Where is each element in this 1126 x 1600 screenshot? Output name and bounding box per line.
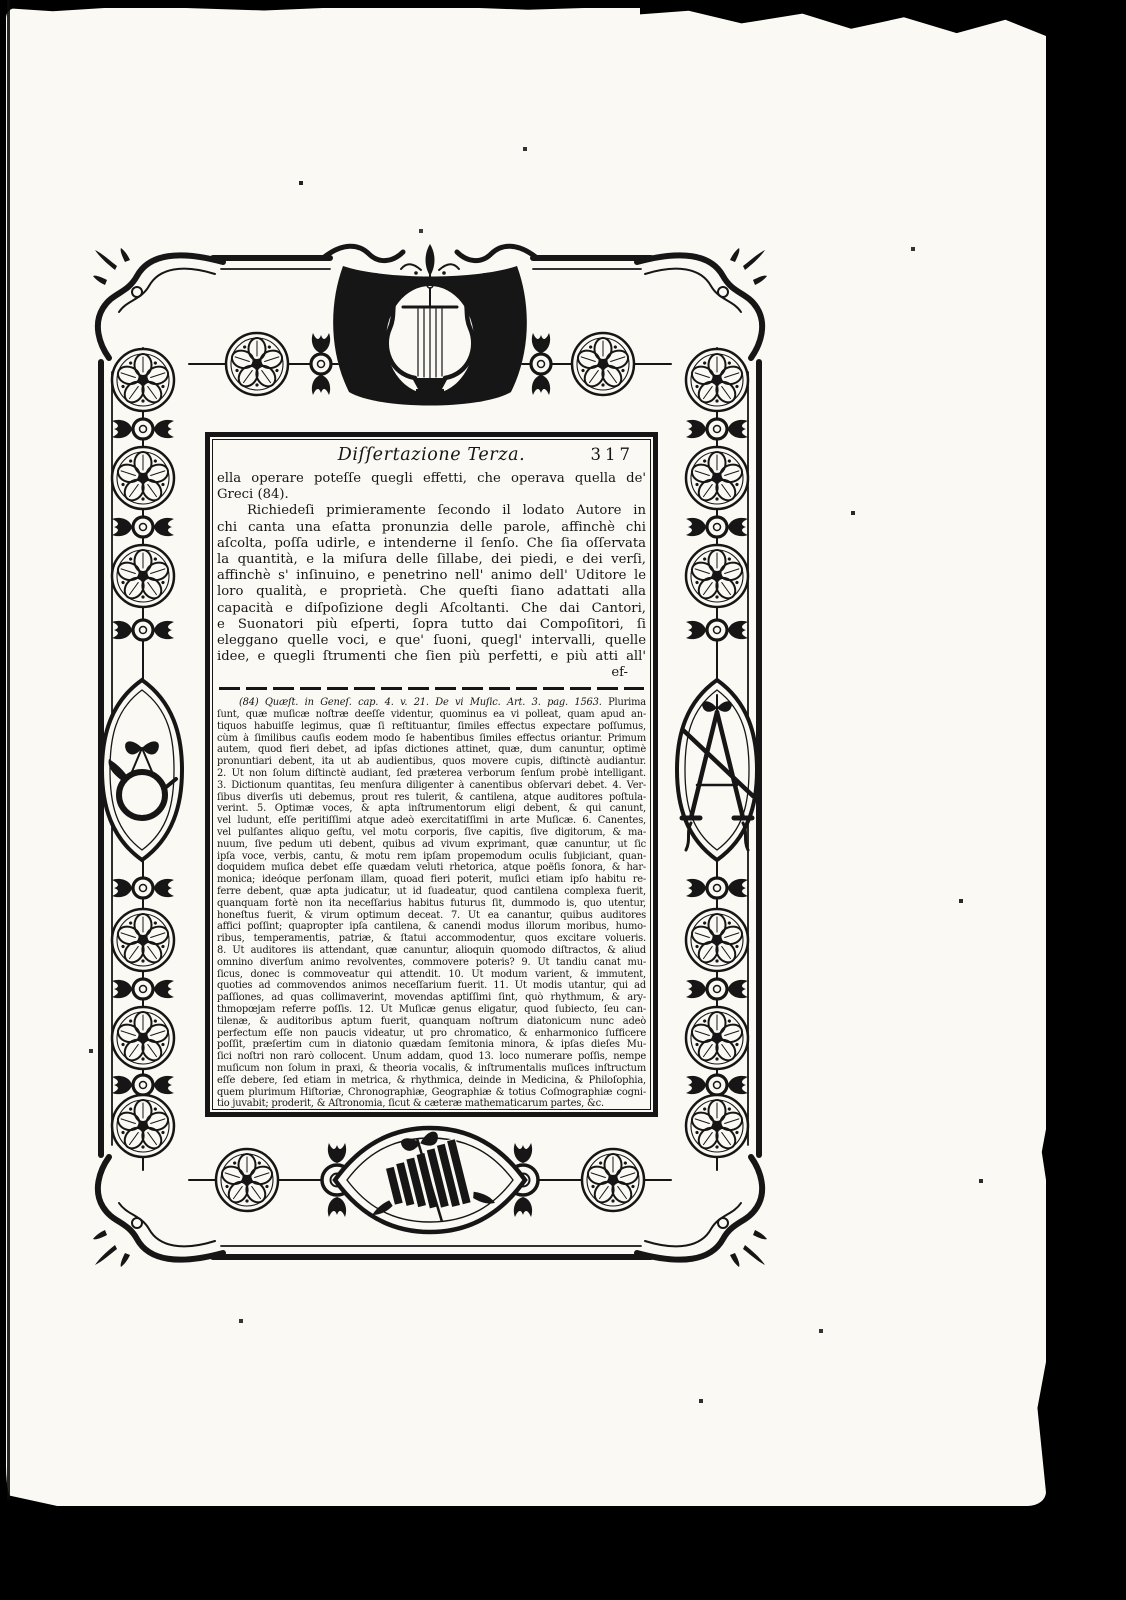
footnote-line: nuum, ſive pedum uti debent, quibus ad v… bbox=[217, 839, 646, 851]
footnote-line: ribus, temperamentis, patriæ, & ſtatui a… bbox=[217, 933, 646, 945]
ink-speckles bbox=[0, 0, 2, 2]
frame-corner-scroll bbox=[637, 248, 767, 358]
footnote-line: honeſtus fuerit, & virum optimum deceat.… bbox=[217, 910, 646, 922]
text-line: ella operare poteſſe quegli effetti, che… bbox=[217, 471, 646, 487]
compass-ruler-ornament bbox=[677, 680, 757, 860]
scanned-book-page: { "colors": { "ink": "#161616", "paper":… bbox=[0, 0, 1126, 1600]
footnote-line: tio juvabit; proderit, & Aſtronomia, ſic… bbox=[217, 1098, 646, 1110]
footnote-separator-rule bbox=[219, 687, 644, 690]
footnote-citation-tail: Plurima bbox=[608, 697, 646, 708]
catchword: ef- bbox=[217, 665, 646, 681]
footnote-line: vel pulſantes aliquo geſtu, vel motu cor… bbox=[217, 827, 646, 839]
footnote-line: ipſa voce, verbis, cantu, & motu rem ipſ… bbox=[217, 851, 646, 863]
footnote-first-line: (84) Quæſt. in Geneſ. cap. 4. v. 21. De … bbox=[217, 697, 646, 709]
rosette-medallion bbox=[582, 1149, 644, 1211]
text-line: Richiedeſi primieramente ſecondo il loda… bbox=[217, 503, 646, 519]
text-line: affinchè s' inſinuino, e penetrino nell'… bbox=[217, 568, 646, 584]
scan-fold-line bbox=[7, 0, 10, 1500]
body-text: ella operare poteſſe quegli effetti, che… bbox=[217, 471, 646, 665]
text-line: idee, e quegli ſtrumenti che ſien più pe… bbox=[217, 649, 646, 665]
footnote-citation: (84) Quæſt. in Geneſ. cap. 4. v. 21. De … bbox=[239, 697, 602, 708]
tulip-ringlet bbox=[531, 333, 551, 395]
text-line: Greci (84). bbox=[217, 487, 646, 503]
hunting-horn-ornament bbox=[102, 680, 182, 860]
text-panel: Diſſertazione Terza. 317 ella operare po… bbox=[205, 432, 658, 1117]
footnote-line: tiquos habuiſſe legimus, quæ ſi reſtitua… bbox=[217, 721, 646, 733]
footnote-line: thmopœjam referre poſſis. 12. Ut Muſicæ … bbox=[217, 1004, 646, 1016]
footnote-line: doquidem muſica debet eſſe quædam veluti… bbox=[217, 862, 646, 874]
footnote-line: vel ludunt, eſſe peritiſſimi atque adeò … bbox=[217, 815, 646, 827]
footnote-line: 8. Ut auditores iis attendant, quæ canun… bbox=[217, 945, 646, 957]
fleur-finial bbox=[401, 244, 459, 278]
page-title: Diſſertazione Terza. bbox=[338, 445, 526, 465]
footnote-line: poſſit, præſertim cum in diatonio quædam… bbox=[217, 1039, 646, 1051]
footnote-line: ſibus diverſis uti debemus, prout res tu… bbox=[217, 792, 646, 804]
footnote-line: verint. 5. Optimæ voces, & apta inſtrume… bbox=[217, 803, 646, 815]
text-line: aſcolta, poſſa udirle, e intenderne il ſ… bbox=[217, 536, 646, 552]
footnote-line: ſunt, quæ muſicæ noſtræ deeſſe videntur,… bbox=[217, 709, 646, 721]
footnote-line: ſicus, donec is commoveatur qui attendit… bbox=[217, 969, 646, 981]
lyre-sunburst-ornament bbox=[322, 240, 538, 444]
text-line: e Suonatori più eſperti, ſopra tutto dai… bbox=[217, 617, 646, 633]
text-line: la quantità, e la miſura delle ſillabe, … bbox=[217, 552, 646, 568]
footnote-text: (84) Quæſt. in Geneſ. cap. 4. v. 21. De … bbox=[217, 697, 646, 1110]
page-number: 317 bbox=[591, 442, 635, 468]
footnote-line: cùm à ſimilibus cauſis eodem modo ſe hab… bbox=[217, 733, 646, 745]
footnote-line: ferre debent, quæ apta judicatur, ut id … bbox=[217, 886, 646, 898]
footnote-line: quanquam fortè non ita neceſſarius habit… bbox=[217, 898, 646, 910]
footnote-line: pronuntiari debent, ita ut ab audientibu… bbox=[217, 756, 646, 768]
panpipes-ornament bbox=[335, 1121, 525, 1236]
text-panel-inner-border: Diſſertazione Terza. 317 ella operare po… bbox=[212, 439, 651, 1110]
rosette-medallion bbox=[572, 333, 634, 395]
footnote-line: eſſe debere, ſed etiam in metrica, & rhy… bbox=[217, 1075, 646, 1087]
footnote-line: quem plurimum Hiſtoriæ, Chronographiæ, G… bbox=[217, 1087, 646, 1099]
footnote-line: ſici noſtri non rarò collocent. Unum add… bbox=[217, 1051, 646, 1063]
rosette-medallion bbox=[226, 333, 288, 395]
footnote-line: muſicum non ſolum in praxi, & theoria vo… bbox=[217, 1063, 646, 1075]
footnote-line: autem, quod fieri debet, ad ipſas dictio… bbox=[217, 744, 646, 756]
footnote-line: omnino diverſum animo revolventes, commo… bbox=[217, 957, 646, 969]
tulip-ringlet bbox=[311, 333, 331, 395]
running-head: Diſſertazione Terza. 317 bbox=[217, 442, 646, 468]
frame-corner-scroll bbox=[637, 1157, 767, 1267]
rosette-medallion bbox=[216, 1149, 278, 1211]
text-line: loro qualità, e proprietà. Che queſti ſi… bbox=[217, 584, 646, 600]
text-line: chi canta una eſatta pronunzia delle par… bbox=[217, 520, 646, 536]
footnote-line: paſſiones, ad quas collimaverint, movend… bbox=[217, 992, 646, 1004]
text-line: capacità e diſpoſizione degli Aſcoltanti… bbox=[217, 601, 646, 617]
footnote-line: tilenæ, & auditoribus aptum fuerit, quan… bbox=[217, 1016, 646, 1028]
text-line: eleggano quelle voci, e que' ſuoni, queg… bbox=[217, 633, 646, 649]
frame-corner-scroll bbox=[93, 248, 223, 358]
footnote-line: perfectum eſſe non paucis videatur, ut p… bbox=[217, 1028, 646, 1040]
frame-corner-scroll bbox=[93, 1157, 223, 1267]
footnote-line: 3. Dictionum quantitas, ſeu menſura dili… bbox=[217, 780, 646, 792]
footnote-line: 2. Ut non ſolum diſtinctè audiant, ſed p… bbox=[217, 768, 646, 780]
footnote-line: affici poſſint; quapropter ipſa cantilen… bbox=[217, 921, 646, 933]
footnote-line: monica; ideóque perſonam illam, quoad fi… bbox=[217, 874, 646, 886]
footnote-line: quoties ad commovendos animos neceſſariu… bbox=[217, 980, 646, 992]
footnote-lines: ſunt, quæ muſicæ noſtræ deeſſe videntur,… bbox=[217, 709, 646, 1110]
